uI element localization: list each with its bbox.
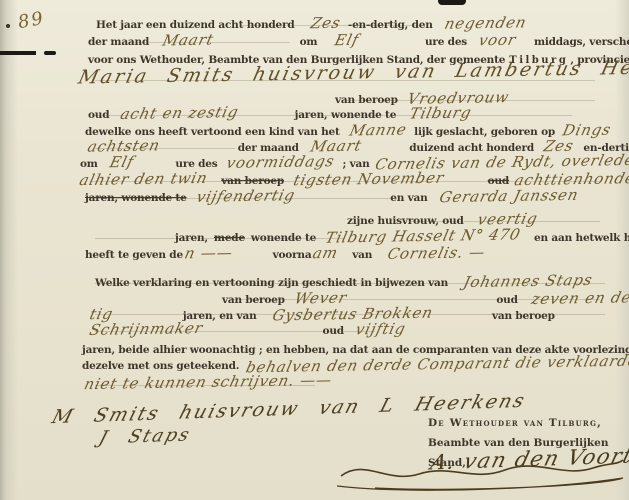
handwritten-text: voor [477,32,518,49]
handwritten-text: niet te kunnen schrijven. —— [83,372,334,393]
act-line: Schrijnmakeroudvijftig [90,319,405,338]
handwritten-text: Gerarda Janssen [437,187,579,206]
printed-text: van [352,249,372,261]
handwritten-text: vijftig [354,321,408,338]
scanned-document-page: 89 Het jaar een duizend acht honderdZes-… [0,0,629,500]
printed-text: oud [323,325,344,337]
handwritten-text: Maart [161,32,215,49]
printed-text: der maand [88,36,149,48]
signature-flourish-icon [335,440,627,498]
handwritten-text: Schrijnmaker [88,320,205,338]
printed-text: middags, verscheen [534,36,629,48]
handwritten-text: vijfendertig [194,187,296,205]
printed-text: van beroep [492,310,555,322]
printed-text: om [300,36,318,48]
act-line: der maandMaartomElfure desvoormiddags, v… [88,30,629,49]
ink-mark-top-edge [438,0,466,5]
act-line: niet te kunnen schrijven. —— [85,372,332,391]
act-line: dezelve met ons geteekend.behalven den d… [82,354,629,373]
margin-dash [0,51,36,55]
printed-text: en aan hetwelk hij verklaard [534,232,629,244]
officer-title-line-1: De Wethouder van Tilburg, [428,414,629,434]
printed-text-struck: jaren, wonende te [85,192,187,204]
act-line: heeft te geven den ——voornaamvanCornelis… [85,243,485,262]
signature-witness-staps: J Staps [96,424,193,448]
ink-dot [6,24,10,28]
handwritten-text: Elf [333,32,361,49]
printed-text: en van [390,192,427,204]
handwritten-text: am [311,245,340,262]
handwritten-text: Cornelis. — [386,244,487,262]
handwritten-text: Maria Smits huisvrouw van Lambertus Heer… [76,56,629,88]
margin-dash-dot [44,51,56,55]
printed-text: voorna [273,249,312,261]
act-line: Maria Smits huisvrouw van Lambertus Heer… [80,62,629,83]
record-number: 89 [16,8,46,33]
printed-text: dezelve met ons geteekend. [82,360,239,372]
printed-text: heeft te geven de [85,249,183,261]
act-line: jaren, wonende tevijfendertigen vanGerar… [85,186,578,205]
handwritten-text: n —— [183,245,235,262]
printed-text: ure des [425,36,467,48]
